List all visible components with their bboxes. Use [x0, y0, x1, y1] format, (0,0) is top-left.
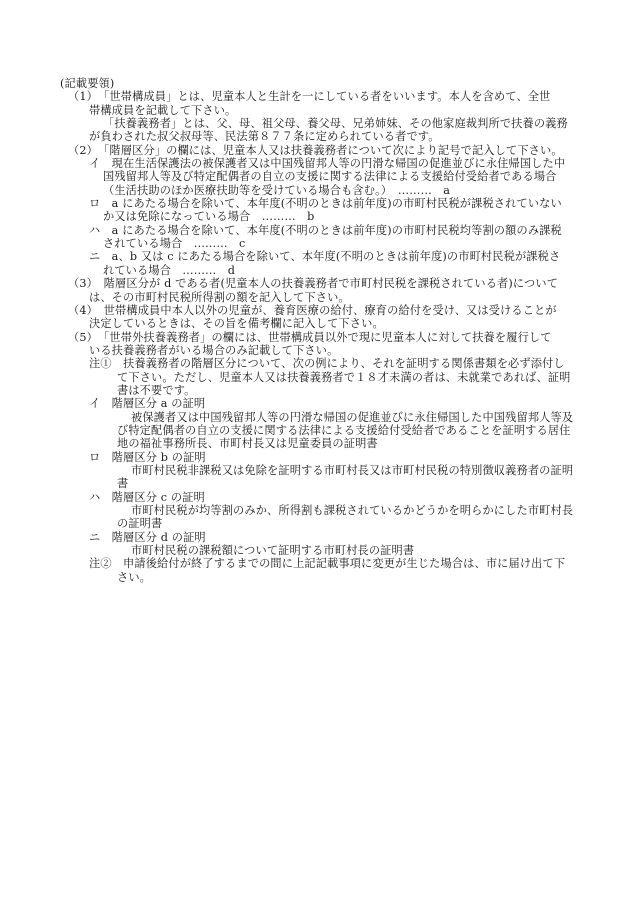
- instruction-line: （1） 「世帯構成員」とは、児童本人と生計を一にしている者をいいます。本人を含め…: [68, 90, 580, 103]
- instruction-line: 地の福祉事務所長、市町村長又は児童委員の証明書: [117, 437, 580, 450]
- instruction-line: さい。: [117, 571, 580, 584]
- instruction-line: されている場合 ……… c: [103, 237, 580, 250]
- instruction-line: 「扶養義務者」とは、父、母、祖父母、養父母、兄弟姉妹、その他家庭裁判所で扶養の義…: [103, 117, 580, 130]
- instruction-line: 書: [117, 477, 580, 490]
- instruction-line: （2） 「階層区分」の欄には、児童本人又は扶養義務者について次により記号で記入し…: [68, 144, 580, 157]
- instruction-line: ロ 階層区分 b の証明: [89, 451, 580, 464]
- instruction-line: の証明書: [117, 517, 580, 530]
- instruction-line: ニ a、b 又は c にあたる場合を除いて、本年度(不明のときは前年度)の市町村…: [89, 250, 580, 263]
- instruction-line: 市町村民税が均等割のみか、所得割も課税されているかどうかを明らかにした市町村長: [131, 504, 580, 517]
- instruction-line: （生活扶助のほか医療扶助等を受けている場合も含む。） ……… a: [103, 184, 580, 197]
- instruction-line: （5） 「世帯外扶養義務者」の欄には、世帯構成員以外で現に児童本人に対して扶養を…: [68, 331, 580, 344]
- instruction-line: 帯構成員を記載して下さい。: [89, 104, 580, 117]
- instructions-document: (記載要領) （1） 「世帯構成員」とは、児童本人と生計を一にしている者をいいま…: [60, 77, 580, 584]
- instruction-line: 国残留邦人等及び特定配偶者の自立の支援に関する法律による支援給付受給者である場合: [103, 170, 580, 183]
- instruction-line: 注② 申請後給付が終了するまでの間に上記記載事項に変更が生じた場合は、市に届け出…: [89, 557, 580, 570]
- instruction-line: ニ 階層区分 d の証明: [89, 531, 580, 544]
- instruction-line: れている場合 ……… d: [103, 264, 580, 277]
- instruction-line: 被保護者又は中国残留邦人等の円滑な帰国の促進並びに永住帰国した中国残留邦人等及: [131, 411, 580, 424]
- instruction-line: て下さい。ただし、児童本人又は扶養義務者で１８才未満の者は、未就業であれば、証明: [117, 371, 580, 384]
- instruction-lines: （1） 「世帯構成員」とは、児童本人と生計を一にしている者をいいます。本人を含め…: [60, 90, 580, 584]
- instruction-line: 注① 扶養義務者の階層区分について、次の例により、それを証明する関係書類を必ず添…: [89, 357, 580, 370]
- instruction-line: ハ 階層区分 c の証明: [89, 491, 580, 504]
- instruction-line: イ 現在生活保護法の被保護者又は中国残留邦人等の円滑な帰国の促進並びに永住帰国し…: [89, 157, 580, 170]
- instruction-line: いる扶養義務者がいる場合のみ記載して下さい。: [89, 344, 580, 357]
- instruction-line: 決定しているときは、その旨を備考欄に記入して下さい。: [89, 317, 580, 330]
- instruction-line: 書は不要です。: [117, 384, 580, 397]
- instruction-line: か又は免除になっている場合 ……… b: [103, 210, 580, 223]
- instruction-line: （3） 階層区分が d である者(児童本人の扶養義務者で市町村民税を課税されてい…: [68, 277, 580, 290]
- instruction-line: （4） 世帯構成員中本人以外の児童が、養育医療の給付、療育の給付を受け、又は受け…: [68, 304, 580, 317]
- instruction-line: び特定配偶者の自立の支援に関する法律による支援給付受給者であることを証明する居住: [117, 424, 580, 437]
- instruction-line: 市町村民税非課税又は免除を証明する市町村長又は市町村民税の特別徴収義務者の証明: [131, 464, 580, 477]
- instruction-line: 市町村民税の課税額について証明する市町村長の証明書: [131, 544, 580, 557]
- instruction-line: ロ a にあたる場合を除いて、本年度(不明のときは前年度)の市町村民税が課税され…: [89, 197, 580, 210]
- instruction-line: ハ a にあたる場合を除いて、本年度(不明のときは前年度)の市町村民税均等割の額…: [89, 224, 580, 237]
- instruction-line: イ 階層区分 a の証明: [89, 397, 580, 410]
- instruction-line: が負わされた叔父叔母等、民法第８７７条に定められている者です。: [89, 130, 580, 143]
- document-heading: (記載要領): [60, 77, 580, 90]
- instruction-line: は、その市町村民税所得割の額を記入して下さい。: [89, 291, 580, 304]
